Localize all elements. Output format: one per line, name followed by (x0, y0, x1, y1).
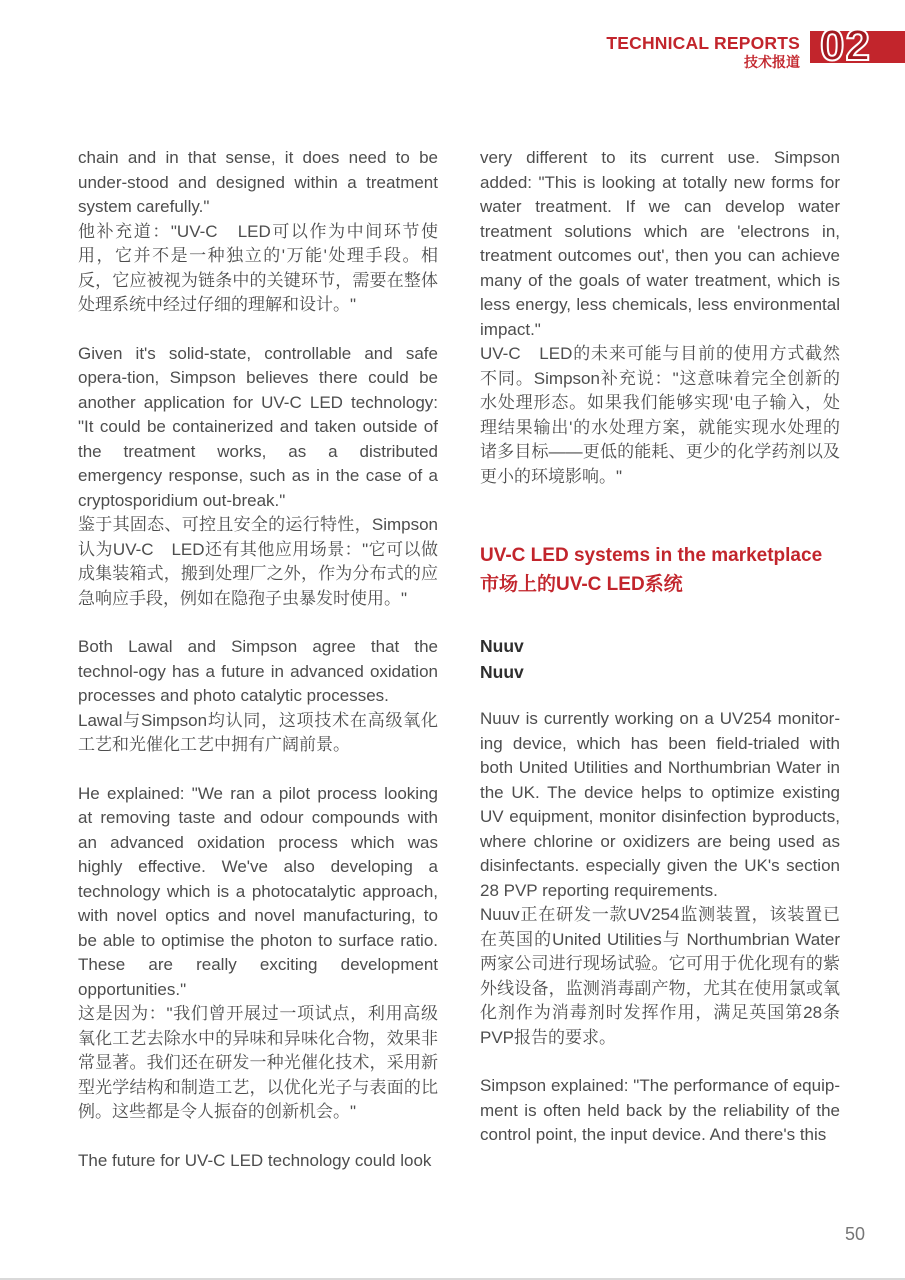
right-column: very different to its current use. Simps… (480, 146, 840, 1172)
company-subheading: Nuuv Nuuv (480, 633, 840, 685)
page-number: 50 (845, 1222, 865, 1246)
paragraph-en: Given it's solid-state, controllable and… (78, 342, 438, 514)
company-name-line1: Nuuv (480, 633, 840, 659)
paragraph-block: He explained: "We ran a pilot process lo… (78, 782, 438, 1125)
paragraph-zh: Lawal与Simpson均认同，这项技术在高级氧化工艺和光催化工艺中拥有广阔前… (78, 709, 438, 758)
paragraph-en: Nuuv is currently working on a UV254 mon… (480, 707, 840, 903)
header-subtitle-zh: 技术报道 (606, 53, 800, 71)
paragraph-en: very different to its current use. Simps… (480, 146, 840, 342)
paragraph-en: Both Lawal and Simpson agree that the te… (78, 635, 438, 709)
paragraph-zh: 这是因为："我们曾开展过一项试点，利用高级氧化工艺去除水中的异味和异味化合物，效… (78, 1002, 438, 1125)
paragraph-zh: UV-C LED的未来可能与目前的使用方式截然不同。Simpson补充说："这意… (480, 342, 840, 489)
paragraph-zh: Nuuv正在研发一款UV254监测装置，该装置已在英国的United Utili… (480, 903, 840, 1050)
left-column: chain and in that sense, it does need to… (78, 146, 438, 1197)
section-heading-zh: 市场上的UV-C LED系统 (480, 570, 840, 599)
paragraph-en: He explained: "We ran a pilot process lo… (78, 782, 438, 1003)
paragraph-en: The future for UV-C LED technology could… (78, 1149, 438, 1174)
header-title: TECHNICAL REPORTS (606, 33, 800, 53)
paragraph-block: very different to its current use. Simps… (480, 146, 840, 489)
company-name-line2: Nuuv (480, 659, 840, 685)
paragraph-block: chain and in that sense, it does need to… (78, 146, 438, 318)
section-heading-en: UV-C LED systems in the marketplace (480, 541, 840, 570)
paragraph-block: Nuuv is currently working on a UV254 mon… (480, 707, 840, 1050)
page-header: TECHNICAL REPORTS 技术报道 (606, 33, 800, 71)
section-number-badge: 02 (810, 31, 905, 63)
paragraph-zh: 他补充道："UV-C LED可以作为中间环节使用，它并不是一种独立的'万能'处理… (78, 220, 438, 318)
paragraph-block: Given it's solid-state, controllable and… (78, 342, 438, 612)
paragraph-block: Both Lawal and Simpson agree that the te… (78, 635, 438, 758)
paragraph-en: Simpson explained: "The performance of e… (480, 1074, 840, 1148)
section-number: 02 (820, 24, 871, 68)
magazine-page: TECHNICAL REPORTS 技术报道 02 chain and in t… (0, 0, 905, 1280)
paragraph-block: Simpson explained: "The performance of e… (480, 1074, 840, 1148)
paragraph-en: chain and in that sense, it does need to… (78, 146, 438, 220)
paragraph-zh: 鉴于其固态、可控且安全的运行特性，Simpson认为UV-C LED还有其他应用… (78, 513, 438, 611)
section-heading: UV-C LED systems in the marketplace 市场上的… (480, 541, 840, 599)
paragraph-block: The future for UV-C LED technology could… (78, 1149, 438, 1174)
